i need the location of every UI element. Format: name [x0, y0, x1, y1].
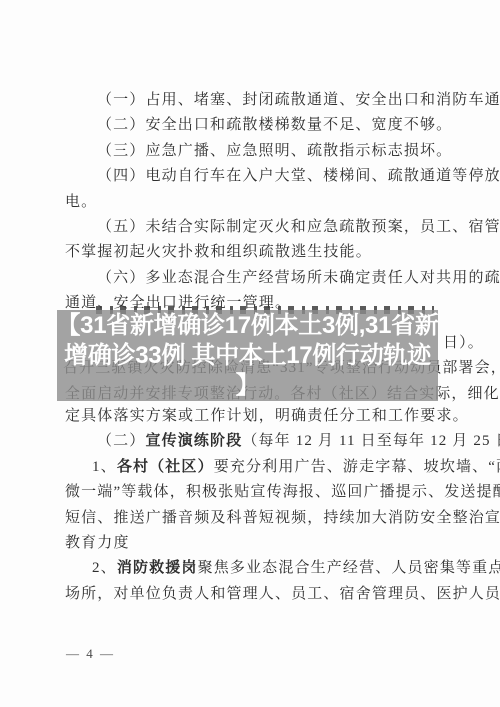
text-segment: （每年 12 月 11 日至每年 12 月 25 日）。 [242, 433, 500, 449]
text-segment: 定具体落实方案或工作计划，明确责任分工和工作要求。 [65, 408, 469, 424]
text-line: 定具体落实方案或工作计划，明确责任分工和工作要求。 [65, 404, 475, 429]
text-segment: 短信、推送广播音频及科普短视频，持续加大消防安全整治宣传 [65, 510, 500, 526]
news-overlay-banner[interactable]: 【31省新增确诊17例本土3例,31省新 增确诊33例 其中本土17例行动轨迹 … [57, 311, 438, 402]
text-segment: （二） [97, 433, 145, 449]
paragraph-block-top: （一）占用、堵塞、封闭疏散通道、安全出口和消防车通道。（二）安全出口和疏散楼梯数… [65, 88, 475, 317]
text-segment: （二）安全出口和疏散楼梯数量不足、宽度不够。 [97, 117, 452, 133]
text-segment: （六）多业态混合生产经营场所未确定责任人对共用的疏散 [97, 270, 500, 286]
text-line: （二）安全出口和疏散楼梯数量不足、宽度不够。 [65, 113, 475, 138]
text-segment: 电。 [65, 194, 97, 210]
text-line: 微一端”等载体，积极张贴宣传海报、巡回广播提示、发送提醒 [65, 480, 475, 505]
text-line: （一）占用、堵塞、封闭疏散通道、安全出口和消防车通道。 [65, 88, 475, 113]
text-segment: 聚焦多业态混合生产经营、人员密集等重点 [198, 560, 500, 576]
text-line: 场所，对单位负责人和管理人、员工、宿舍管理员、医护人员和 [65, 582, 475, 607]
text-line: （六）多业态混合生产经营场所未确定责任人对共用的疏散 [65, 266, 475, 291]
text-line: （四）电动自行车在入户大堂、楼梯间、疏散通道等停放充 [65, 164, 475, 189]
text-segment: （五）未结合实际制定灭火和应急疏散预案，员工、宿管员 [97, 219, 500, 235]
banner-text-line-3: 】 [236, 371, 260, 401]
text-segment: 不掌握初起火灾扑救和组织疏散逃生技能。 [65, 244, 372, 260]
text-line: 电。 [65, 190, 475, 215]
text-line: 教育力度 [65, 531, 475, 556]
text-segment: （三）应急广播、应急照明、疏散指示标志损坏。 [97, 143, 452, 159]
document-page: （一）占用、堵塞、封闭疏散通道、安全出口和消防车通道。（二）安全出口和疏散楼梯数… [0, 0, 500, 707]
text-line: 短信、推送广播音频及科普短视频，持续加大消防安全整治宣传 [65, 506, 475, 531]
paragraph-block-bottom: 定具体落实方案或工作计划，明确责任分工和工作要求。（二）宣传演练阶段（每年 12… [65, 404, 475, 607]
text-segment: 微一端”等载体，积极张贴宣传海报、巡回广播提示、发送提醒 [65, 484, 500, 500]
bold-text-segment: 宣传演练阶段 [145, 433, 242, 449]
text-segment: （一）占用、堵塞、封闭疏散通道、安全出口和消防车通道。 [97, 92, 500, 108]
text-line: （三）应急广播、应急照明、疏散指示标志损坏。 [65, 139, 475, 164]
obscured-line-fragment: 日）。 [443, 331, 484, 352]
text-segment: 场所，对单位负责人和管理人、员工、宿舍管理员、医护人员和 [65, 586, 500, 602]
text-segment: （四）电动自行车在入户大堂、楼梯间、疏散通道等停放充 [97, 168, 500, 184]
bold-text-segment: 各村（社区） [117, 459, 214, 475]
bold-text-segment: 消防救援岗 [117, 560, 198, 576]
banner-text-line-1: 【31省新增确诊17例本土3例,31省新 [56, 311, 438, 341]
text-line: （二）宣传演练阶段（每年 12 月 11 日至每年 12 月 25 日）。 [65, 429, 475, 454]
page-number: — 4 — [66, 646, 115, 662]
text-segment: 2、 [92, 560, 117, 576]
text-segment: 教育力度 [65, 535, 130, 551]
text-segment: 1、 [92, 459, 117, 475]
banner-text-line-2: 增确诊33例 其中本土17例行动轨迹 [64, 341, 431, 371]
text-line: （五）未结合实际制定灭火和应急疏散预案，员工、宿管员 [65, 215, 475, 240]
text-segment: 要充分利用广告、游走字幕、坡坎墙、“两 [214, 459, 500, 475]
text-line: 1、各村（社区）要充分利用广告、游走字幕、坡坎墙、“两 [65, 455, 475, 480]
text-line: 不掌握初起火灾扑救和组织疏散逃生技能。 [65, 240, 475, 265]
text-line: 2、消防救援岗聚焦多业态混合生产经营、人员密集等重点 [65, 556, 475, 581]
